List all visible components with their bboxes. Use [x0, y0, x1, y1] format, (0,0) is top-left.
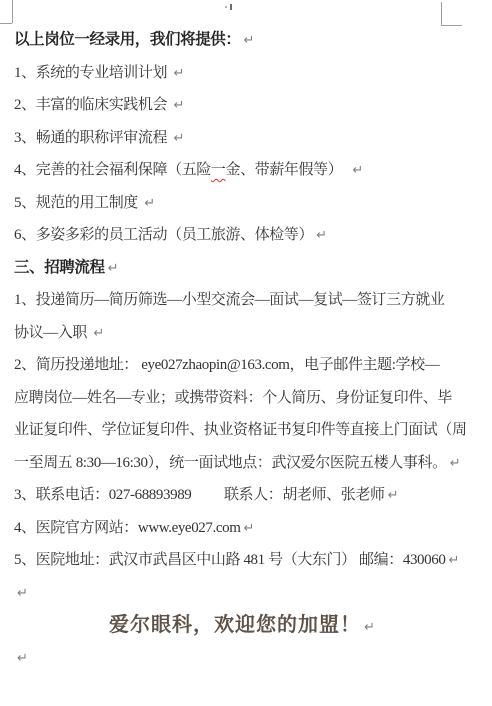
text-line: 3、联系电话：027-68893989 联系人：胡老师、张老师↵ [14, 479, 470, 512]
paragraph-mark-icon: ↵ [364, 620, 375, 635]
text-line: 业证复印件、学位证复印件、执业资格证书复印件等直接上门面试（周 [14, 414, 470, 447]
paragraph-mark-icon: ↵ [352, 163, 363, 178]
text-line: 三、招聘流程↵ [14, 252, 470, 285]
text-segment: 金、带薪年假等） [226, 162, 350, 178]
text-segment: 1、系统的专业培训计划 [14, 65, 170, 81]
body-paragraph: 3、畅通的职称评审流程 ↵ [14, 122, 470, 155]
text-segment: 协议—入职 [14, 325, 90, 341]
body-paragraph: ↵ [14, 642, 470, 675]
paragraph-mark-icon: ↵ [448, 553, 459, 568]
text-boundary-mark-top-left-vertical [12, 0, 13, 23]
paragraph-mark-icon: ↵ [108, 261, 119, 276]
text-boundary-mark-top-left-horizontal [0, 23, 12, 24]
body-paragraph: 3、联系电话：027-68893989 联系人：胡老师、张老师↵ [14, 479, 470, 512]
text-line: 一至周五 8:30—16:30），统一面试地点：武汉爱尔医院五楼人事科。↵ [14, 447, 470, 480]
paragraph-mark-icon: ↵ [173, 66, 184, 81]
paragraph-mark-icon: ↵ [93, 326, 104, 341]
heading-paragraph: 三、招聘流程↵ [14, 252, 470, 285]
text-line: 5、医院地址：武汉市武昌区中山路 481 号（大东门） 邮编：430060↵ [14, 544, 470, 577]
text-segment: 一至周五 8:30—16:30），统一面试地点：武汉爱尔医院五楼人事科。 [14, 455, 447, 471]
text-line: 协议—入职 ↵ [14, 317, 470, 350]
text-line: ↵ [14, 642, 470, 675]
heading-paragraph: 以上岗位一经录用，我们将提供：↵ [14, 24, 470, 57]
text-line: ↵ [14, 577, 470, 610]
paragraph-mark-icon: ↵ [244, 33, 255, 48]
text-segment: 应聘岗位—姓名—专业；或携带资料：个人简历、身份证复印件、毕 [14, 390, 452, 406]
spellcheck-flagged-text: 一 [211, 162, 226, 178]
paragraph-mark-icon: ↵ [17, 586, 28, 601]
body-paragraph: 1、投递简历—简历筛选—小型交流会—面试—复试—签订三方就业协议—入职 ↵ [14, 284, 470, 349]
text-line: 爱尔眼科，欢迎您的加盟！↵ [14, 609, 470, 642]
text-line: 2、简历投递地址： eye027zhaopin@163.com，电子邮件主题:学… [14, 349, 470, 382]
text-segment: 1、投递简历—简历筛选—小型交流会—面试—复试—签订三方就业 [14, 292, 445, 308]
text-line: 1、系统的专业培训计划 ↵ [14, 57, 470, 90]
page-edge-artifact-bar [230, 4, 232, 10]
paragraph-mark-icon: ↵ [144, 196, 155, 211]
text-segment: 4、完善的社会福利保障（五险 [14, 162, 211, 178]
paragraph-mark-icon: ↵ [243, 521, 254, 536]
paragraph-mark-icon: ↵ [316, 228, 327, 243]
text-segment: 3、联系电话：027-68893989 联系人：胡老师、张老师 [14, 487, 385, 503]
closing-paragraph: 爱尔眼科，欢迎您的加盟！↵ [14, 609, 470, 642]
text-segment: 2、简历投递地址： eye027zhaopin@163.com，电子邮件主题:学… [14, 357, 439, 373]
text-segment: 4、医院官方网站：www.eye027.com [14, 520, 240, 536]
text-segment: 6、多姿多彩的员工活动（员工旅游、体检等） [14, 227, 313, 243]
text-line: 2、丰富的临床实践机会 ↵ [14, 89, 470, 122]
text-line: 3、畅通的职称评审流程 ↵ [14, 122, 470, 155]
text-segment: 三、招聘流程 [14, 259, 105, 276]
text-line: 4、完善的社会福利保障（五险一金、带薪年假等） ↵ [14, 154, 470, 187]
text-line: 4、医院官方网站：www.eye027.com↵ [14, 512, 470, 545]
word-document-page: 以上岗位一经录用，我们将提供：↵1、系统的专业培训计划 ↵2、丰富的临床实践机会… [0, 0, 492, 706]
text-segment: 爱尔眼科，欢迎您的加盟！ [109, 614, 361, 636]
text-line: 6、多姿多彩的员工活动（员工旅游、体检等）↵ [14, 219, 470, 252]
body-paragraph: 5、医院地址：武汉市武昌区中山路 481 号（大东门） 邮编：430060↵ [14, 544, 470, 577]
text-line: 以上岗位一经录用，我们将提供：↵ [14, 24, 470, 57]
text-segment: 5、规范的用工制度 [14, 195, 141, 211]
body-paragraph: 2、简历投递地址： eye027zhaopin@163.com，电子邮件主题:学… [14, 349, 470, 479]
body-paragraph: 1、系统的专业培训计划 ↵ [14, 57, 470, 90]
page-edge-artifact-dot [225, 6, 227, 8]
body-paragraph: 2、丰富的临床实践机会 ↵ [14, 89, 470, 122]
paragraph-mark-icon: ↵ [17, 651, 28, 666]
document-content: 以上岗位一经录用，我们将提供：↵1、系统的专业培训计划 ↵2、丰富的临床实践机会… [14, 24, 470, 674]
text-line: 1、投递简历—简历筛选—小型交流会—面试—复试—签订三方就业 [14, 284, 470, 317]
text-segment: 3、畅通的职称评审流程 [14, 130, 170, 146]
body-paragraph: ↵ [14, 577, 470, 610]
paragraph-mark-icon: ↵ [173, 131, 184, 146]
text-segment: 以上岗位一经录用，我们将提供： [14, 31, 241, 48]
paragraph-mark-icon: ↵ [450, 456, 461, 471]
body-paragraph: 5、规范的用工制度 ↵ [14, 187, 470, 220]
text-boundary-mark-top-right-vertical [441, 2, 442, 25]
text-line: 5、规范的用工制度 ↵ [14, 187, 470, 220]
page-edge-artifact [224, 2, 234, 10]
paragraph-mark-icon: ↵ [388, 488, 399, 503]
text-segment: 2、丰富的临床实践机会 [14, 97, 170, 113]
paragraph-mark-icon: ↵ [173, 98, 184, 113]
body-paragraph: 4、医院官方网站：www.eye027.com↵ [14, 512, 470, 545]
text-segment: 业证复印件、学位证复印件、执业资格证书复印件等直接上门面试（周 [14, 422, 467, 438]
body-paragraph: 4、完善的社会福利保障（五险一金、带薪年假等） ↵ [14, 154, 470, 187]
text-line: 应聘岗位—姓名—专业；或携带资料：个人简历、身份证复印件、毕 [14, 382, 470, 415]
body-paragraph: 6、多姿多彩的员工活动（员工旅游、体检等）↵ [14, 219, 470, 252]
text-segment: 5、医院地址：武汉市武昌区中山路 481 号（大东门） 邮编：430060 [14, 552, 445, 568]
